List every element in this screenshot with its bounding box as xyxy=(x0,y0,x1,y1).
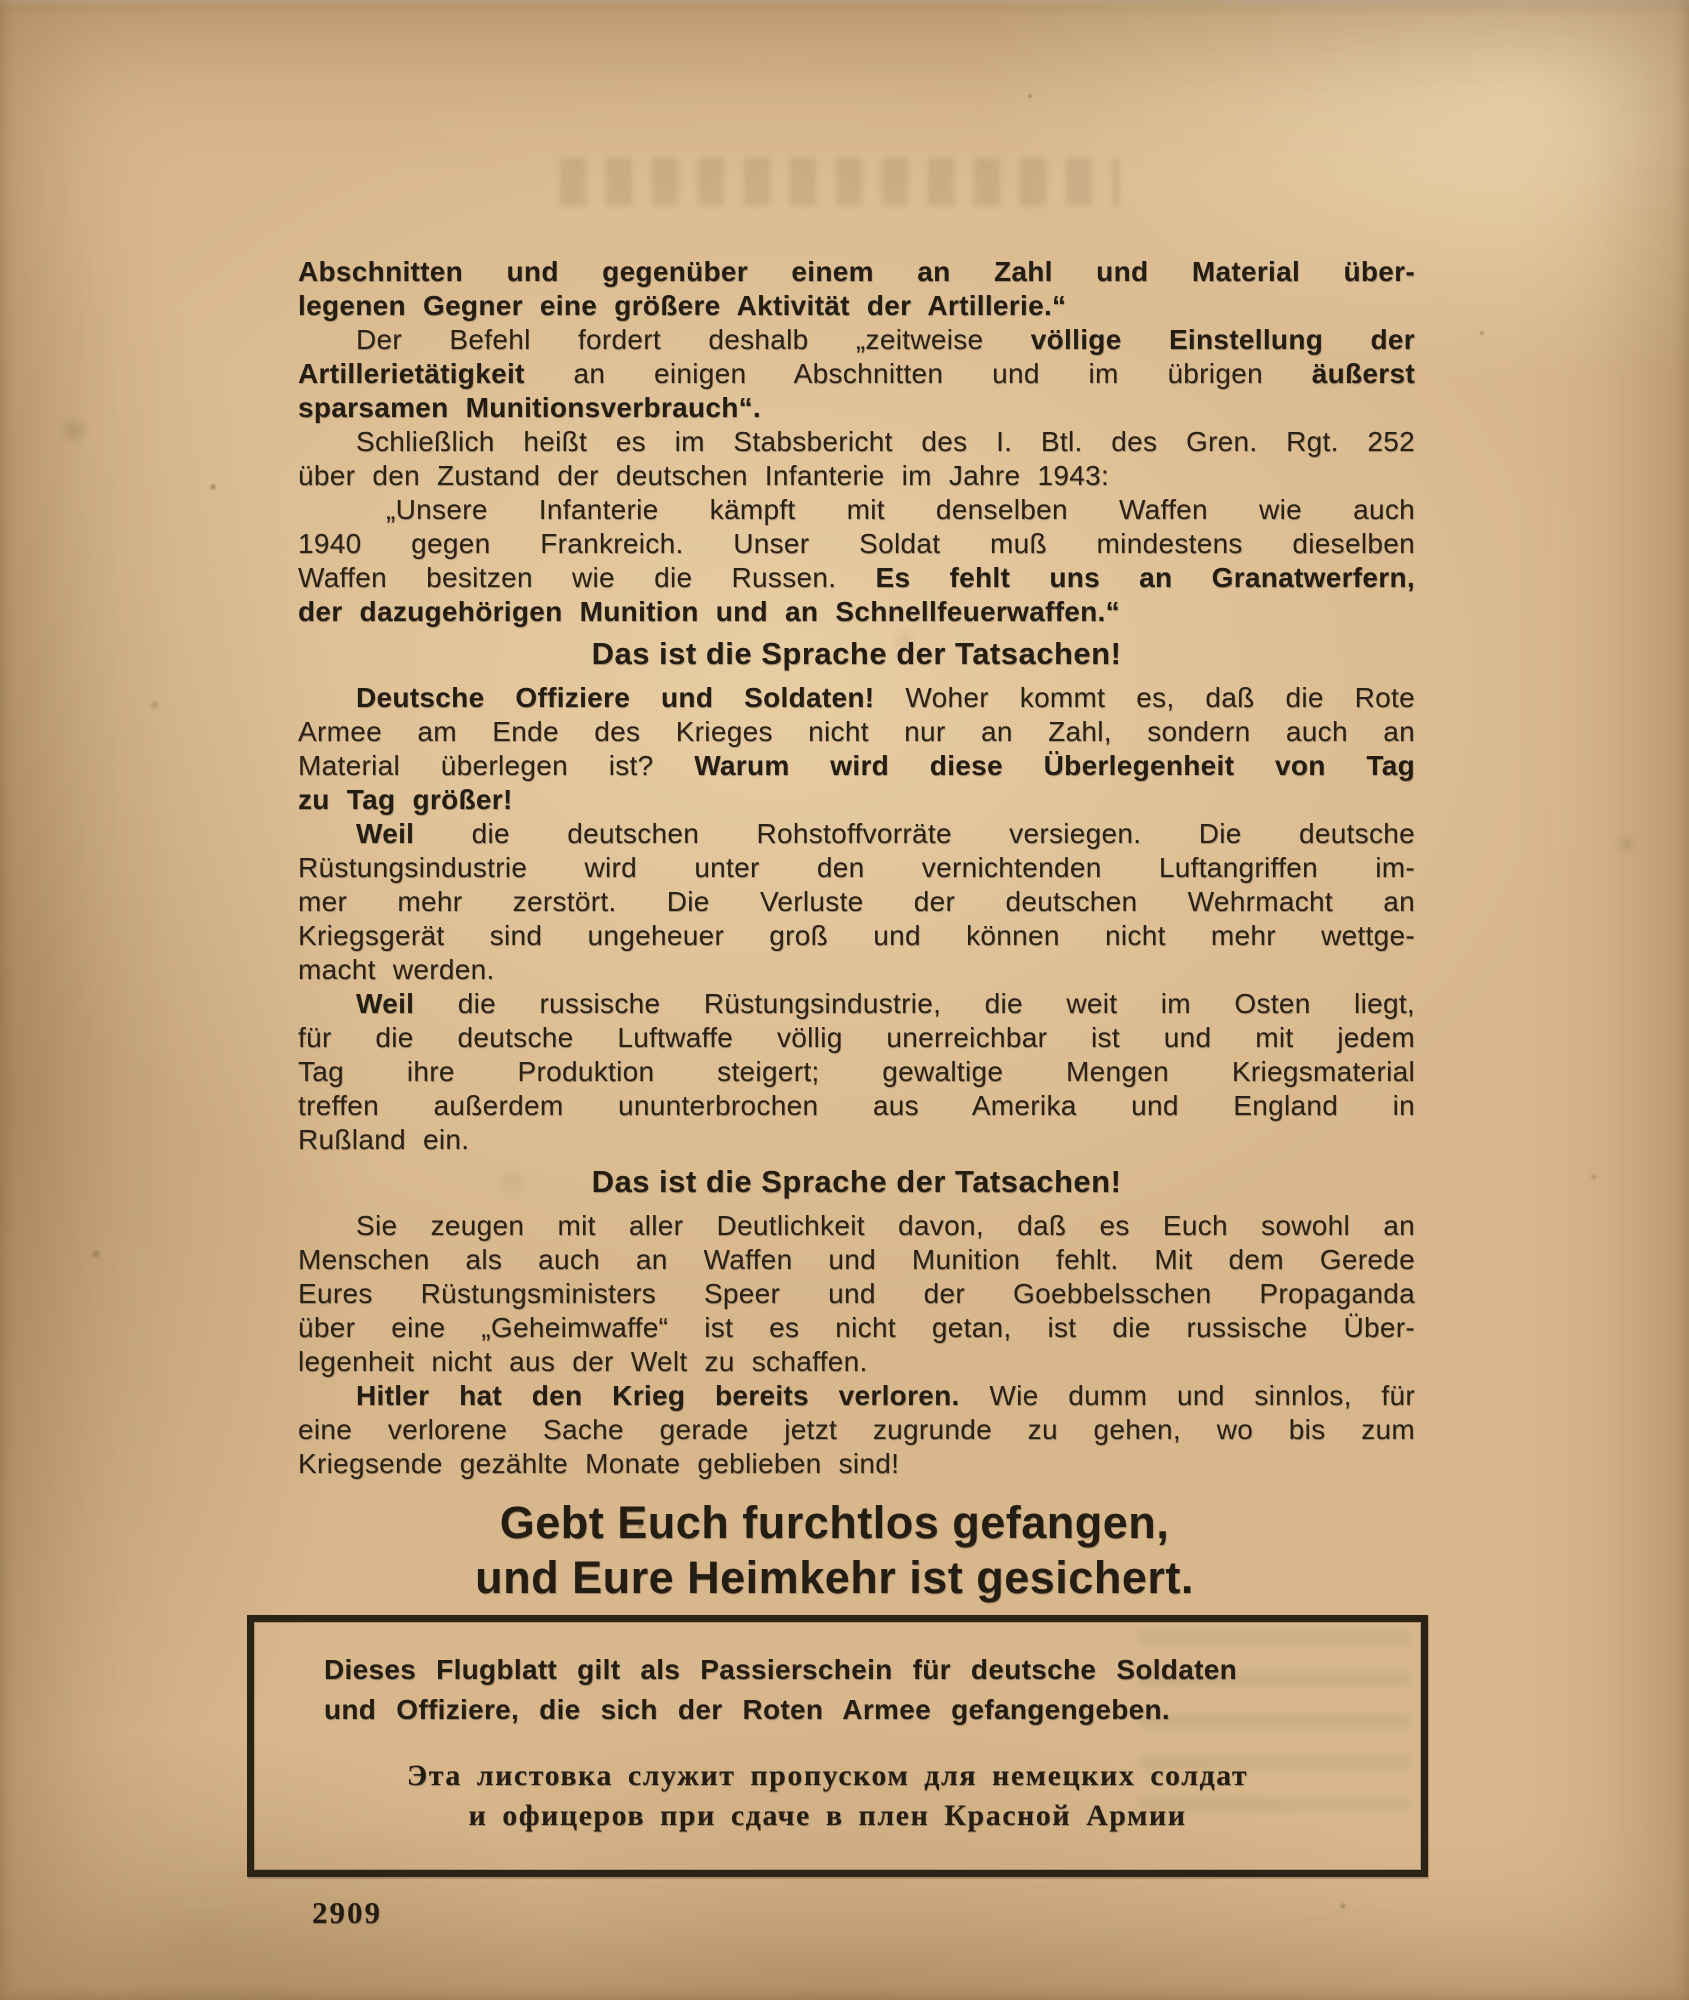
text-line: Weil die russische Rüstungsindustrie, di… xyxy=(298,987,1415,1021)
text-run: die deutschen Rohstoffvorräte versiegen.… xyxy=(414,818,1415,849)
text-run: Waffen besitzen wie die Russen. xyxy=(298,562,876,593)
text-line: legenen Gegner eine größere Aktivität de… xyxy=(298,289,1415,323)
leaflet-page: Abschnitten und gegenüber einem an Zahl … xyxy=(0,0,1689,2000)
text-line: über den Zustand der deutschen Infanteri… xyxy=(298,459,1415,493)
document-body: Abschnitten und gegenüber einem an Zahl … xyxy=(298,255,1415,1931)
text-line: Kriegsgerät sind ungeheuer groß und könn… xyxy=(298,919,1415,953)
text-run: Eures Rüstungsministers Speer und der Go… xyxy=(298,1278,1415,1309)
paragraph: Schließlich heißt es im Stabsbericht des… xyxy=(298,425,1415,493)
text-line: Sie zeugen mit aller Deutlichkeit davon,… xyxy=(298,1209,1415,1243)
text-line: Abschnitten und gegenüber einem an Zahl … xyxy=(298,255,1415,289)
text-run: Woher kommt es, daß die Rote xyxy=(874,682,1415,713)
text-run: Der Befehl fordert deshalb „zeitweise xyxy=(356,324,1031,355)
text-run: legenheit nicht aus der Welt zu schaffen… xyxy=(298,1346,868,1377)
paragraph: Abschnitten und gegenüber einem an Zahl … xyxy=(298,255,1415,323)
text-run: Sie zeugen mit aller Deutlichkeit davon,… xyxy=(356,1210,1415,1241)
text-run: der dazugehörigen Munition und an Schnel… xyxy=(298,596,1120,627)
text-run: Weil xyxy=(356,818,414,849)
text-run: 1940 gegen Frankreich. Unser Soldat muß … xyxy=(298,528,1415,559)
text-line: Kriegsende gezählte Monate geblieben sin… xyxy=(298,1447,1415,1481)
text-run: Menschen als auch an Waffen und Munition… xyxy=(298,1244,1415,1275)
paragraph: Weil die russische Rüstungsindustrie, di… xyxy=(298,987,1415,1157)
text-run: über den Zustand der deutschen Infanteri… xyxy=(298,460,1109,491)
text-line: Dieses Flugblatt gilt als Passierschein … xyxy=(324,1650,1391,1690)
text-run: Tag ihre Produktion steigert; gewaltige … xyxy=(298,1056,1415,1087)
section-heading: Das ist die Sprache der Tatsachen! xyxy=(298,1161,1415,1203)
text-run: Rüstungsindustrie wird unter den vernich… xyxy=(298,852,1415,883)
text-run: macht werden. xyxy=(298,954,495,985)
paragraph: Deutsche Offiziere und Soldaten! Woher k… xyxy=(298,681,1415,817)
text-line: legenheit nicht aus der Welt zu schaffen… xyxy=(298,1345,1415,1379)
text-line: Artillerietätigkeit an einigen Abschnitt… xyxy=(298,357,1415,391)
slogan-heading: Gebt Euch furchtlos gefangen,und Eure He… xyxy=(276,1495,1393,1605)
text-run: Rußland ein. xyxy=(298,1124,469,1155)
text-line: mer mehr zerstört. Die Verluste der deut… xyxy=(298,885,1415,919)
text-run: Weil xyxy=(356,988,414,1019)
text-line: Deutsche Offiziere und Soldaten! Woher k… xyxy=(298,681,1415,715)
text-run: mer mehr zerstört. Die Verluste der deut… xyxy=(298,886,1415,917)
section-heading: Das ist die Sprache der Tatsachen! xyxy=(298,633,1415,675)
slogan-line: Gebt Euch furchtlos gefangen, xyxy=(276,1495,1393,1550)
showthrough-smudge-top xyxy=(560,158,1120,206)
text-line: Rüstungsindustrie wird unter den vernich… xyxy=(298,851,1415,885)
text-run: Hitler hat den Krieg bereits verloren. xyxy=(356,1380,960,1411)
text-line: macht werden. xyxy=(298,953,1415,987)
text-line: Schließlich heißt es im Stabsbericht des… xyxy=(298,425,1415,459)
paragraph: Weil die deutschen Rohstoffvorräte versi… xyxy=(298,817,1415,987)
paragraph: Der Befehl fordert deshalb „zeitweise vö… xyxy=(298,323,1415,425)
text-line: Armee am Ende des Krieges nicht nur an Z… xyxy=(298,715,1415,749)
text-run: Wie dumm und sinnlos, für xyxy=(960,1380,1415,1411)
text-line: Eures Rüstungsministers Speer und der Go… xyxy=(298,1277,1415,1311)
text-line: Menschen als auch an Waffen und Munition… xyxy=(298,1243,1415,1277)
text-run: die russische Rüstungsindustrie, die wei… xyxy=(414,988,1415,1019)
text-run: Kriegsende gezählte Monate geblieben sin… xyxy=(298,1448,899,1479)
text-line: sparsamen Munitionsverbrauch“. xyxy=(298,391,1415,425)
text-line: und Offiziere, die sich der Roten Armee … xyxy=(324,1690,1391,1730)
paragraph: Sie zeugen mit aller Deutlichkeit davon,… xyxy=(298,1209,1415,1379)
text-line: zu Tag größer! xyxy=(298,783,1415,817)
text-run: sparsamen Munitionsverbrauch“. xyxy=(298,392,761,423)
text-line: и офицеров при сдаче в плен Красной Арми… xyxy=(294,1796,1361,1836)
text-line: Rußland ein. xyxy=(298,1123,1415,1157)
paragraph: Hitler hat den Krieg bereits verloren. W… xyxy=(298,1379,1415,1481)
text-line: Hitler hat den Krieg bereits verloren. W… xyxy=(298,1379,1415,1413)
text-line: für die deutsche Luftwaffe völlig unerre… xyxy=(298,1021,1415,1055)
text-run: Armee am Ende des Krieges nicht nur an Z… xyxy=(298,716,1415,747)
text-run: an einigen Abschnitten und im übrigen xyxy=(525,358,1312,389)
text-run: zu Tag größer! xyxy=(298,784,513,815)
text-line: Waffen besitzen wie die Russen. Es fehlt… xyxy=(298,561,1415,595)
text-run: über eine „Geheimwaffe“ ist es nicht get… xyxy=(298,1312,1415,1343)
pass-text-german: Dieses Flugblatt gilt als Passierschein … xyxy=(324,1650,1391,1730)
text-line: Der Befehl fordert deshalb „zeitweise vö… xyxy=(298,323,1415,357)
text-line: Эта листовка служит пропуском для немецк… xyxy=(294,1756,1361,1796)
text-line: der dazugehörigen Munition und an Schnel… xyxy=(298,595,1415,629)
text-line: 1940 gegen Frankreich. Unser Soldat muß … xyxy=(298,527,1415,561)
leaflet-number: 2909 xyxy=(312,1895,1415,1931)
text-run: Warum wird diese Überlegenheit von Tag xyxy=(694,750,1415,781)
slogan-line: und Eure Heimkehr ist gesichert. xyxy=(276,1550,1393,1605)
text-run: für die deutsche Luftwaffe völlig unerre… xyxy=(298,1022,1415,1053)
pass-box: Dieses Flugblatt gilt als Passierschein … xyxy=(247,1615,1428,1877)
text-run: legenen Gegner eine größere Aktivität de… xyxy=(298,290,1066,321)
text-line: Weil die deutschen Rohstoffvorräte versi… xyxy=(298,817,1415,851)
text-run: Artillerietätigkeit xyxy=(298,358,525,389)
text-line: Tag ihre Produktion steigert; gewaltige … xyxy=(298,1055,1415,1089)
text-run: Schließlich heißt es im Stabsbericht des… xyxy=(356,426,1415,457)
text-run: Es fehlt uns an Granatwerfern, xyxy=(876,562,1415,593)
text-run: treffen außerdem ununterbrochen aus Amer… xyxy=(298,1090,1415,1121)
text-line: eine verlorene Sache gerade jetzt zugrun… xyxy=(298,1413,1415,1447)
text-line: „Unsere Infanterie kämpft mit denselben … xyxy=(298,493,1415,527)
text-run: Kriegsgerät sind ungeheuer groß und könn… xyxy=(298,920,1415,951)
pass-text-russian: Эта листовка служит пропуском для немецк… xyxy=(294,1756,1361,1836)
text-run: Abschnitten und gegenüber einem an Zahl … xyxy=(298,256,1415,287)
paragraph: „Unsere Infanterie kämpft mit denselben … xyxy=(298,493,1415,629)
text-line: über eine „Geheimwaffe“ ist es nicht get… xyxy=(298,1311,1415,1345)
text-run: „Unsere Infanterie kämpft mit denselben … xyxy=(386,494,1415,525)
text-run: völlige Einstellung der xyxy=(1031,324,1415,355)
text-line: treffen außerdem ununterbrochen aus Amer… xyxy=(298,1089,1415,1123)
text-run: Deutsche Offiziere und Soldaten! xyxy=(356,682,874,713)
text-run: eine verlorene Sache gerade jetzt zugrun… xyxy=(298,1414,1415,1445)
text-run: äußerst xyxy=(1312,358,1415,389)
text-line: Material überlegen ist? Warum wird diese… xyxy=(298,749,1415,783)
text-run: Material überlegen ist? xyxy=(298,750,694,781)
